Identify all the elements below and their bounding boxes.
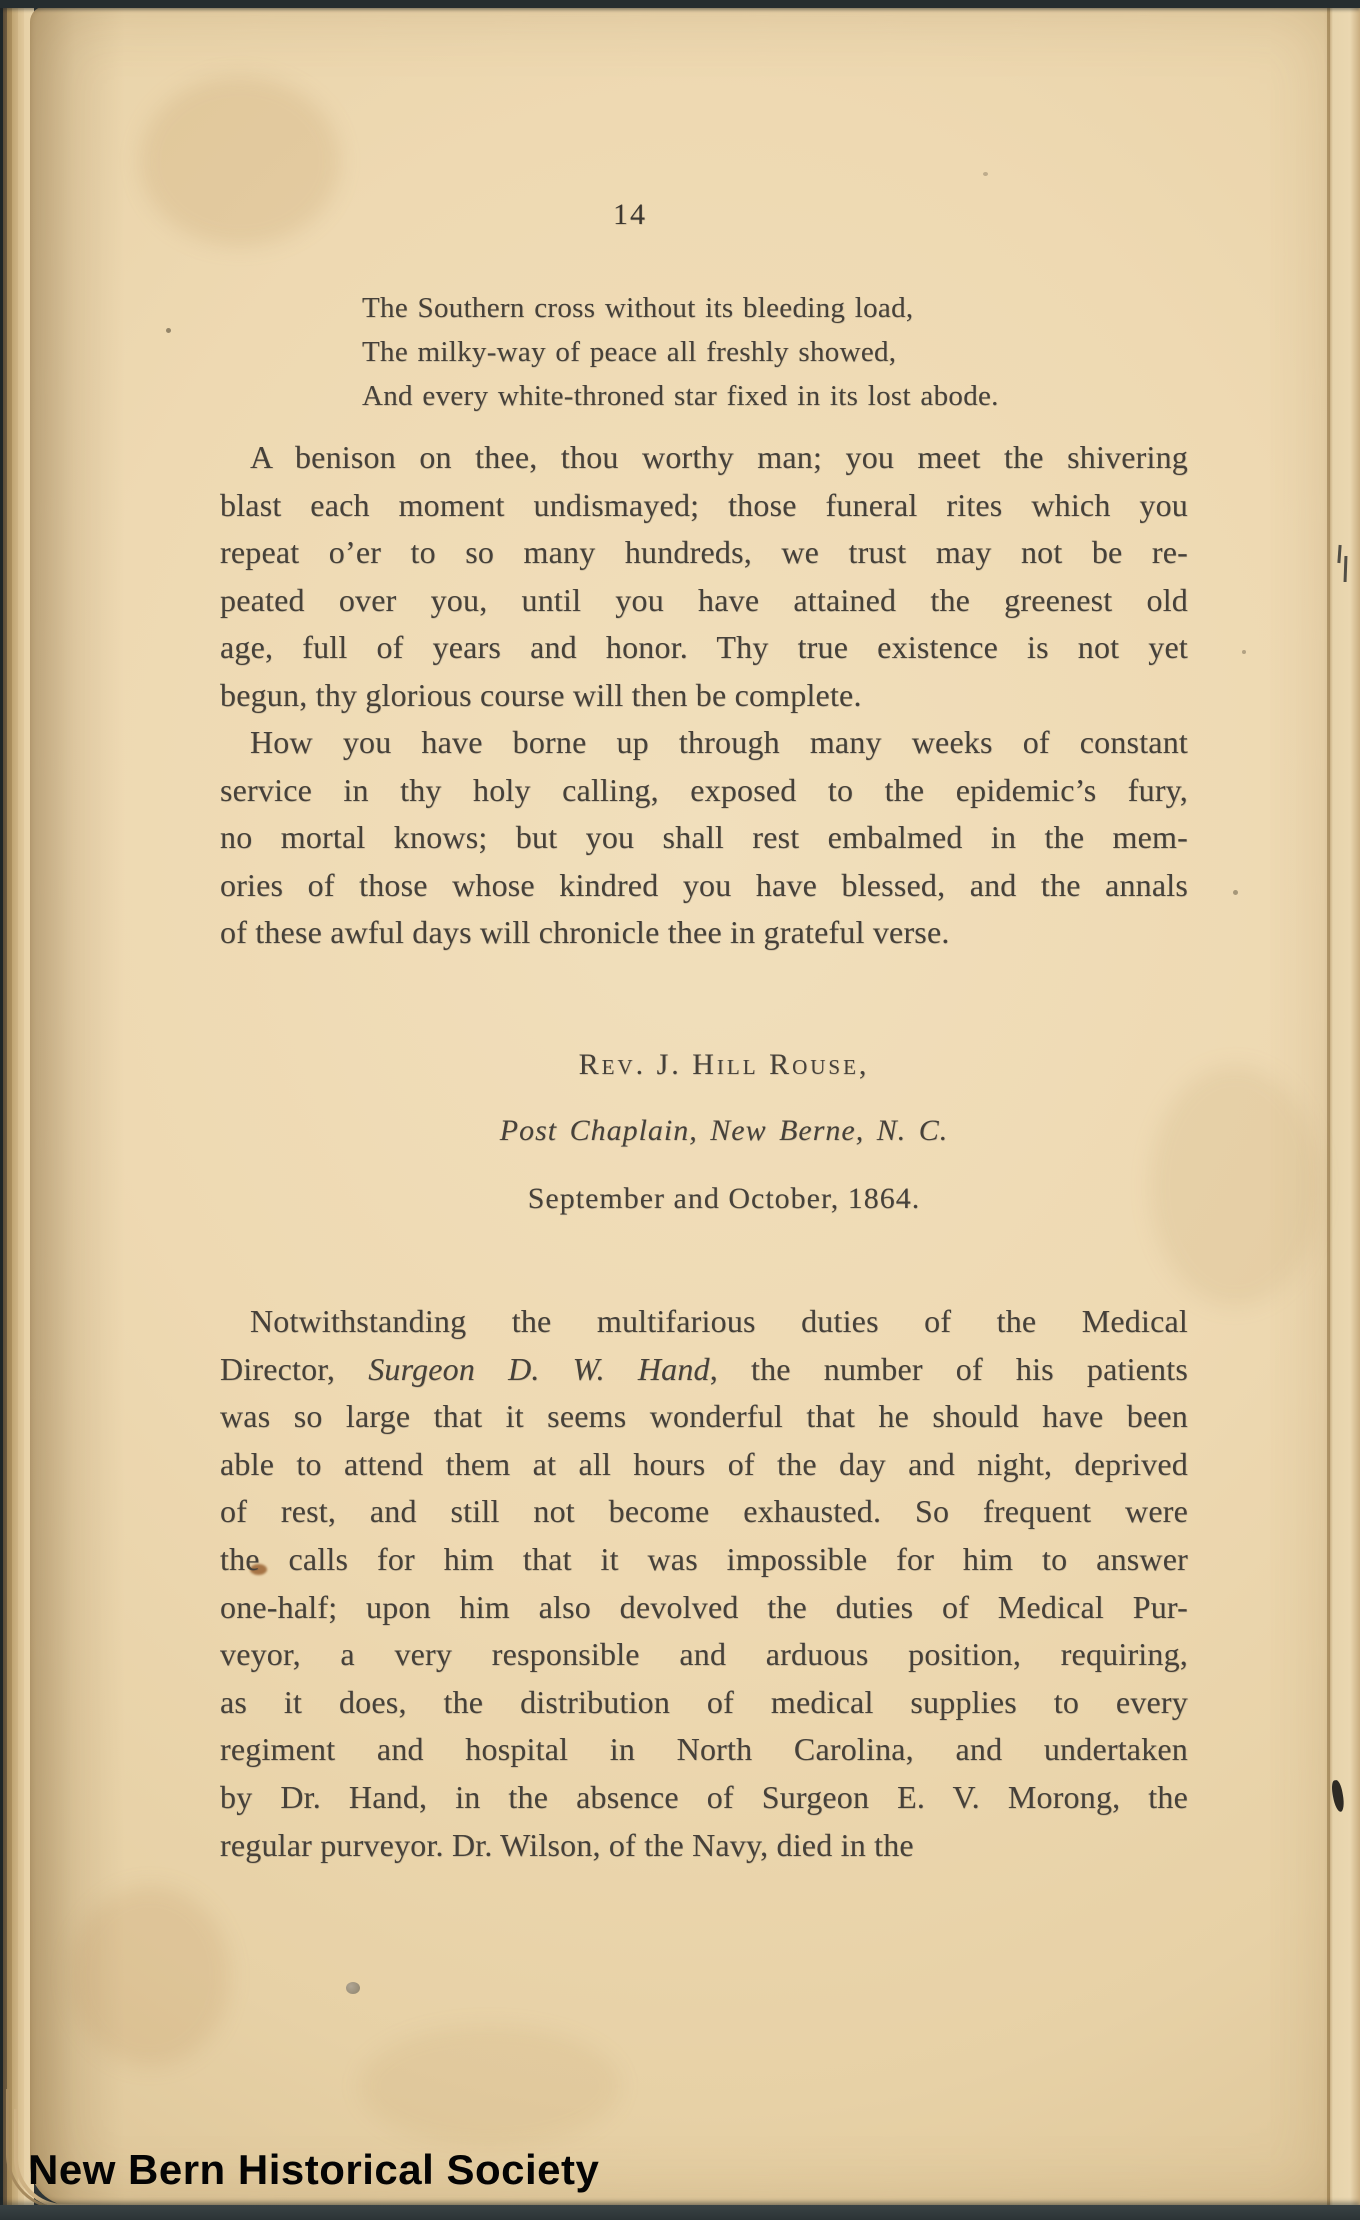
text-line: one-half; upon him also devolved the dut… <box>220 1584 1188 1632</box>
paragraph-borne: How you have borne up through many weeks… <box>220 719 1188 957</box>
paragraph-benison: A benison on thee, thou worthy man; you … <box>220 434 1188 719</box>
text-line: able to attend them at all hours of the … <box>220 1441 1188 1489</box>
right-page-stack-edge <box>1328 0 1360 2220</box>
paper-stain <box>360 2026 620 2146</box>
text-line: age, full of years and honor. Thy true e… <box>220 624 1188 672</box>
paper-speck <box>1233 890 1238 895</box>
cover-top-band <box>0 0 1360 8</box>
text-line: And every white-throned star fixed in it… <box>362 374 1192 418</box>
paragraph-notwithstanding: Notwithstanding the multifarious duties … <box>220 1298 1188 1869</box>
page-number: 14 <box>550 198 710 232</box>
text-line: The Southern cross without its bleeding … <box>362 286 1192 330</box>
signature-title: Post Chaplain, New Berne, N. C. <box>240 1114 1208 1148</box>
text-line: blast each moment undismayed; those fune… <box>220 482 1188 530</box>
text-line: Director, Surgeon D. W. Hand, the number… <box>220 1346 1188 1394</box>
book-scan: 14 The Southern cross without its bleedi… <box>0 0 1360 2220</box>
text-line: no mortal knows; but you shall rest emba… <box>220 814 1188 862</box>
text-line: peated over you, until you have attained… <box>220 577 1188 625</box>
left-page-stack-edge <box>0 0 34 2220</box>
signature-date: September and October, 1864. <box>240 1182 1208 1216</box>
book-page: 14 The Southern cross without its bleedi… <box>30 6 1330 2206</box>
page-right-edge <box>1327 6 1330 2206</box>
text-line: regiment and hospital in North Carolina,… <box>220 1726 1188 1774</box>
text-line: A benison on thee, thou worthy man; you … <box>220 434 1188 482</box>
text-segment: Director, <box>220 1351 368 1387</box>
text-line: service in thy holy calling, exposed to … <box>220 767 1188 815</box>
poem-block: The Southern cross without its bleeding … <box>362 286 1192 418</box>
text-line: veyor, a very responsible and arduous po… <box>220 1631 1188 1679</box>
text-segment: , the number of his patients <box>710 1351 1188 1387</box>
debris-spot <box>346 1982 360 1994</box>
italic-text-segment: Surgeon D. W. Hand <box>368 1351 710 1387</box>
paper-speck <box>1242 650 1246 654</box>
text-line: ories of those whose kindred you have bl… <box>220 862 1188 910</box>
watermark-label: New Bern Historical Society <box>28 2146 599 2194</box>
text-line: was so large that it seems wonderful tha… <box>220 1393 1188 1441</box>
text-line: Notwithstanding the multifarious duties … <box>220 1298 1188 1346</box>
paper-speck <box>166 328 171 333</box>
gutter-shadow <box>30 6 125 2206</box>
paper-speck <box>983 172 988 176</box>
text-line: The milky-way of peace all freshly showe… <box>362 330 1192 374</box>
text-line: repeat o’er to so many hundreds, we trus… <box>220 529 1188 577</box>
text-line: of rest, and still not become exhausted.… <box>220 1488 1188 1536</box>
text-line: of these awful days will chronicle thee … <box>220 909 1188 957</box>
text-line: How you have borne up through many weeks… <box>220 719 1188 767</box>
text-line: regular purveyor. Dr. Wilson, of the Nav… <box>220 1822 1188 1870</box>
text-line: begun, thy glorious course will then be … <box>220 672 1188 720</box>
paper-stain <box>140 76 340 246</box>
cover-bottom-band <box>0 2205 1360 2220</box>
text-line: the calls for him that it was impossible… <box>220 1536 1188 1584</box>
text-line: by Dr. Hand, in the absence of Surgeon E… <box>220 1774 1188 1822</box>
paper-stain <box>70 1886 230 2066</box>
signature-name: Rev. J. Hill Rouse, <box>240 1048 1208 1082</box>
text-line: as it does, the distribution of medical … <box>220 1679 1188 1727</box>
